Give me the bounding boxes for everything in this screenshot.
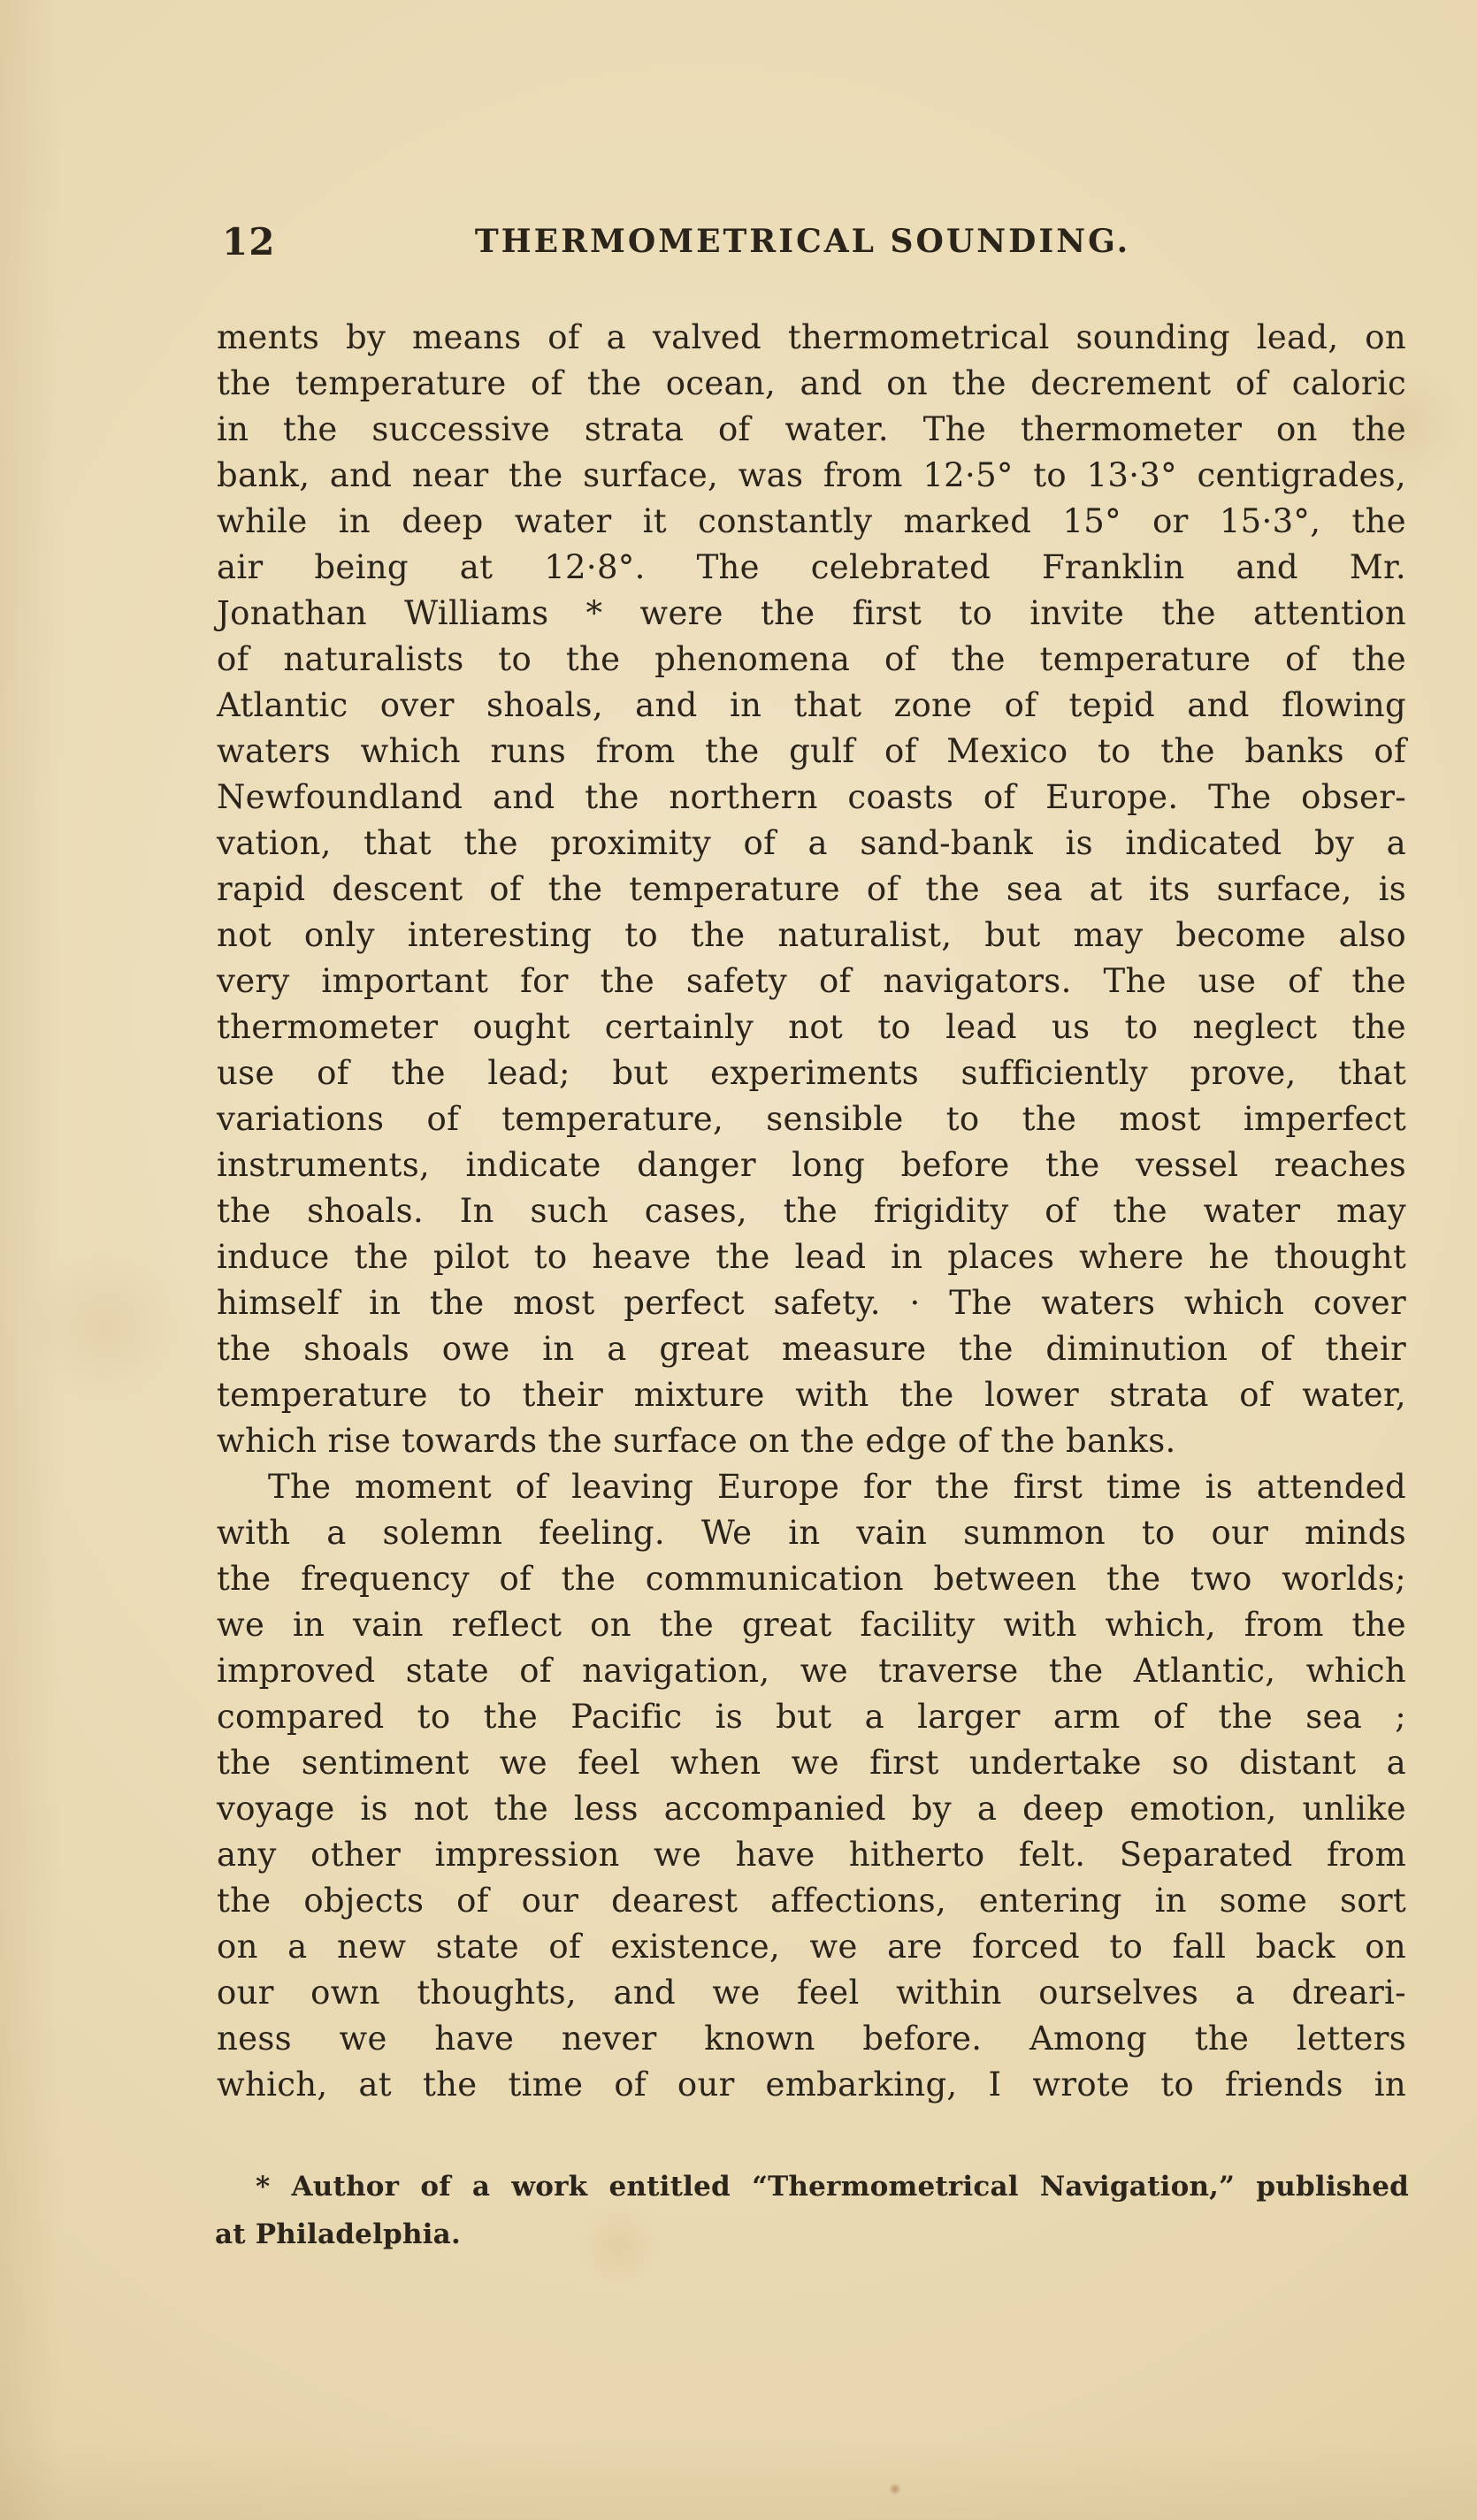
text-line: Jonathan Williams * were the first to in… <box>217 591 1406 637</box>
text-line: voyage is not the less accompanied by a … <box>217 1786 1406 1832</box>
text-line: waters which runs from the gulf of Mexic… <box>217 729 1406 775</box>
footnote: * Author of a work entitled “Thermometri… <box>215 2163 1409 2258</box>
text-line: we in vain reflect on the great facility… <box>217 1602 1406 1648</box>
paragraph-1: ments by means of a valved thermometrica… <box>217 315 1406 1464</box>
text-line: compared to the Pacific is but a larger … <box>217 1694 1406 1740</box>
text-line: instruments, indicate danger long before… <box>217 1142 1406 1188</box>
text-line: the sentiment we feel when we first unde… <box>217 1740 1406 1786</box>
text-line: the frequency of the communication betwe… <box>217 1556 1406 1602</box>
book-page-scan: 12 THERMOMETRICAL SOUNDING. ments by mea… <box>0 0 1477 2520</box>
text-line: the shoals owe in a great measure the di… <box>217 1326 1406 1372</box>
text-line: not only interesting to the naturalist, … <box>217 913 1406 958</box>
text-line: improved state of navigation, we travers… <box>217 1648 1406 1694</box>
text-line: thermometer ought certainly not to lead … <box>217 1004 1406 1050</box>
running-title: THERMOMETRICAL SOUNDING. <box>208 219 1397 263</box>
page-header: 12 THERMOMETRICAL SOUNDING. <box>217 219 1406 276</box>
text-line: Newfoundland and the northern coasts of … <box>217 775 1406 821</box>
text-line: * Author of a work entitled “Thermometri… <box>215 2163 1409 2211</box>
text-line: Atlantic over shoals, and in that zone o… <box>217 683 1406 729</box>
text-line: use of the lead; but experiments suffici… <box>217 1050 1406 1096</box>
text-line: any other impression we have hitherto fe… <box>217 1832 1406 1878</box>
text-line: ness we have never known before. Among t… <box>217 2016 1406 2062</box>
text-line: the temperature of the ocean, and on the… <box>217 361 1406 407</box>
text-line: induce the pilot to heave the lead in pl… <box>217 1234 1406 1280</box>
text-line: The moment of leaving Europe for the fir… <box>217 1464 1406 1510</box>
paragraph-2: The moment of leaving Europe for the fir… <box>217 1464 1406 2108</box>
text-line: with a solemn feeling. We in vain summon… <box>217 1510 1406 1556</box>
text-line: himself in the most perfect safety. · Th… <box>217 1280 1406 1326</box>
text-line: the objects of our dearest affections, e… <box>217 1878 1406 1924</box>
text-line: very important for the safety of navigat… <box>217 958 1406 1004</box>
text-line: variations of temperature, sensible to t… <box>217 1096 1406 1142</box>
text-line: bank, and near the surface, was from 12·… <box>217 453 1406 499</box>
text-line: on a new state of existence, we are forc… <box>217 1924 1406 1970</box>
text-line: while in deep water it constantly marked… <box>217 499 1406 545</box>
text-line: air being at 12·8°. The celebrated Frank… <box>217 545 1406 591</box>
text-line: ments by means of a valved thermometrica… <box>217 315 1406 361</box>
text-line: which rise towards the surface on the ed… <box>217 1418 1406 1464</box>
text-line: our own thoughts, and we feel within our… <box>217 1970 1406 2016</box>
text-line: which, at the time of our embarking, I w… <box>217 2062 1406 2108</box>
text-line: vation, that the proximity of a sand-ban… <box>217 821 1406 867</box>
text-line: at Philadelphia. <box>215 2211 1409 2258</box>
text-line: temperature to their mixture with the lo… <box>217 1372 1406 1418</box>
body-text: ments by means of a valved thermometrica… <box>217 315 1406 2108</box>
text-line: in the successive strata of water. The t… <box>217 407 1406 453</box>
text-line: the shoals. In such cases, the frigidity… <box>217 1188 1406 1234</box>
text-line: rapid descent of the temperature of the … <box>217 867 1406 913</box>
text-line: of naturalists to the phenomena of the t… <box>217 637 1406 683</box>
